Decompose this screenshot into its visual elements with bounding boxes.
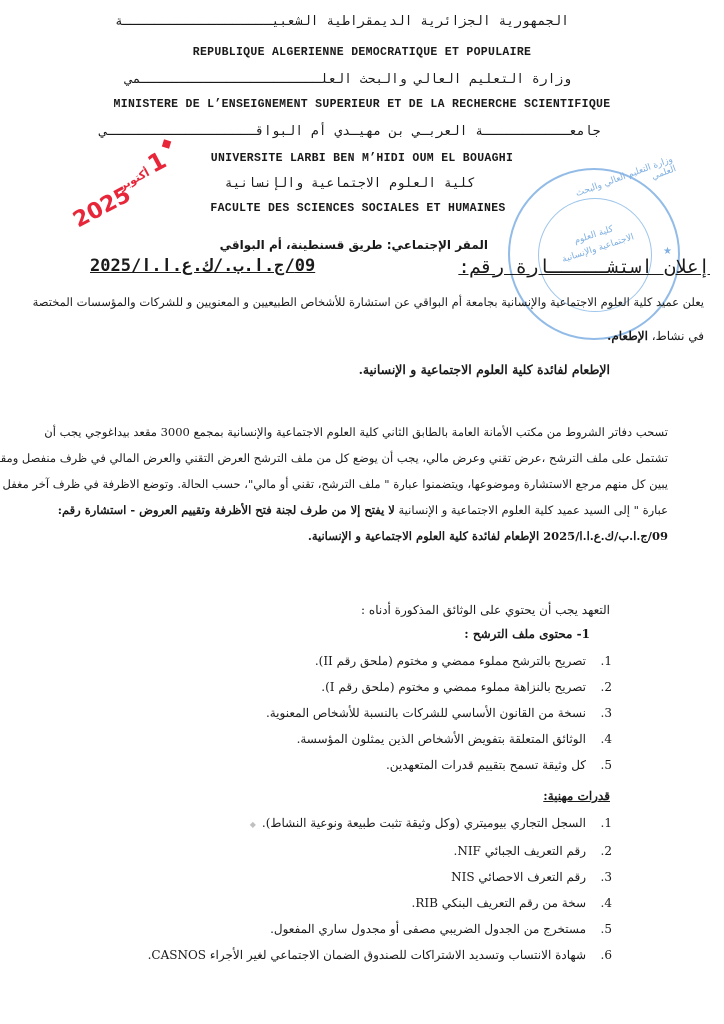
list-item: 1.السجل التجاري بيوميتري (وكل وثيقة تثبت… <box>52 810 612 838</box>
conditions-line-3: يبين كل منهم مرجع الاستشارة وموضوعها، وي… <box>50 470 668 498</box>
announcement-title: إعلان استشـــــارة رقم: <box>458 256 710 278</box>
conditions-line-5: 09/ج.ا.ب/ك.ع.ا.ا/2025 الإطعام لفائدة كلي… <box>50 522 668 550</box>
republic-name-fr: REPUBLIQUE ALGERIENNE DEMOCRATIQUE ET PO… <box>0 46 724 59</box>
list-item: 3.نسخة من القانون الأساسي للشركات بالنسب… <box>92 700 612 726</box>
professional-capacity-list: 1.السجل التجاري بيوميتري (وكل وثيقة تثبت… <box>52 810 612 968</box>
list-item: 3.رقم التعرف الاحصائي NIS <box>52 864 612 890</box>
university-name-fr: UNIVERSITE LARBI BEN M’HIDI OUM EL BOUAG… <box>0 152 724 165</box>
intro-line-1: يعلن عميد كلية العلوم الاجتماعية والإنسا… <box>14 288 704 316</box>
conditions-line-2: تشتمل على ملف الترشح ،عرض تقني وعرض مالي… <box>50 444 668 472</box>
conditions-line-1: تسحب دفاتر الشروط من مكتب الأمانة العامة… <box>50 418 668 446</box>
list-item: 4.الوثائق المتعلقة بتفويض الأشخاص الذين … <box>92 726 612 752</box>
university-name-ar: جامعـــــــــــة العربـي بن مهيـدي أم ال… <box>0 124 712 139</box>
announcement-reference: 09/ج.ا.ب./ك.ع.ا.ا/2025 <box>90 256 315 276</box>
subject-line: الإطعام لفائدة كلية العلوم الاجتماعية و … <box>359 356 610 384</box>
conditions-addressee: عبارة " إلى السيد عميد كلية العلوم الاجت… <box>395 503 668 517</box>
pin-marker-icon: ◆ <box>250 820 256 829</box>
intro-activity-prefix: في نشاط، <box>648 329 704 343</box>
list-item: 5.كل وثيقة تسمح بتقييم قدرات المتعهدين. <box>92 752 612 778</box>
intro-activity: الإطعام. <box>607 329 648 343</box>
list-item: 5.مستخرج من الجدول الضريبي مصفى أو مجدول… <box>52 916 612 942</box>
announcement-title-row: إعلان استشـــــارة رقم: 09/ج.ا.ب./ك.ع.ا.… <box>90 256 710 284</box>
conditions-opening-notice: لا يفتح إلا من طرف لجنة فتح الأظرفة وتقي… <box>58 503 395 517</box>
address-line: المقر الإجتماعي: طريق قسنطينة، أم البواق… <box>220 238 488 252</box>
list-item: 2.تصريح بالنزاهة مملوء ممضي و مختوم (ملح… <box>92 674 612 700</box>
list-item: 4.سخة من رقم التعريف البنكي RIB. <box>52 890 612 916</box>
stamp-month: أكتوبر <box>117 166 152 193</box>
candidacy-documents-list: 1.تصريح بالترشح مملوء ممضي و مختوم (ملحق… <box>92 648 612 778</box>
list-item: 2.رقم التعريف الجبائي NIF. <box>52 838 612 864</box>
list-item: 1.تصريح بالترشح مملوء ممضي و مختوم (ملحق… <box>92 648 612 674</box>
intro-line-2: في نشاط، الإطعام. <box>14 322 704 350</box>
list-item: 6.شهادة الانتساب وتسديد الاشتراكات للصند… <box>52 942 612 968</box>
conditions-line-4: عبارة " إلى السيد عميد كلية العلوم الاجت… <box>50 496 668 524</box>
section-professional-capacity-title: قدرات مهنية: <box>543 782 610 810</box>
republic-name-ar: الجمهورية الجزائرية الديمقراطية الشعبيــ… <box>0 14 704 29</box>
ministry-name-ar: وزارة التعليم العالي والبحث العلــــــــ… <box>0 72 710 87</box>
section-candidacy-title: 1- محتوى ملف الترشح : <box>464 620 590 648</box>
ministry-name-fr: MINISTERE DE L’ENSEIGNEMENT SUPERIEUR ET… <box>0 98 724 111</box>
